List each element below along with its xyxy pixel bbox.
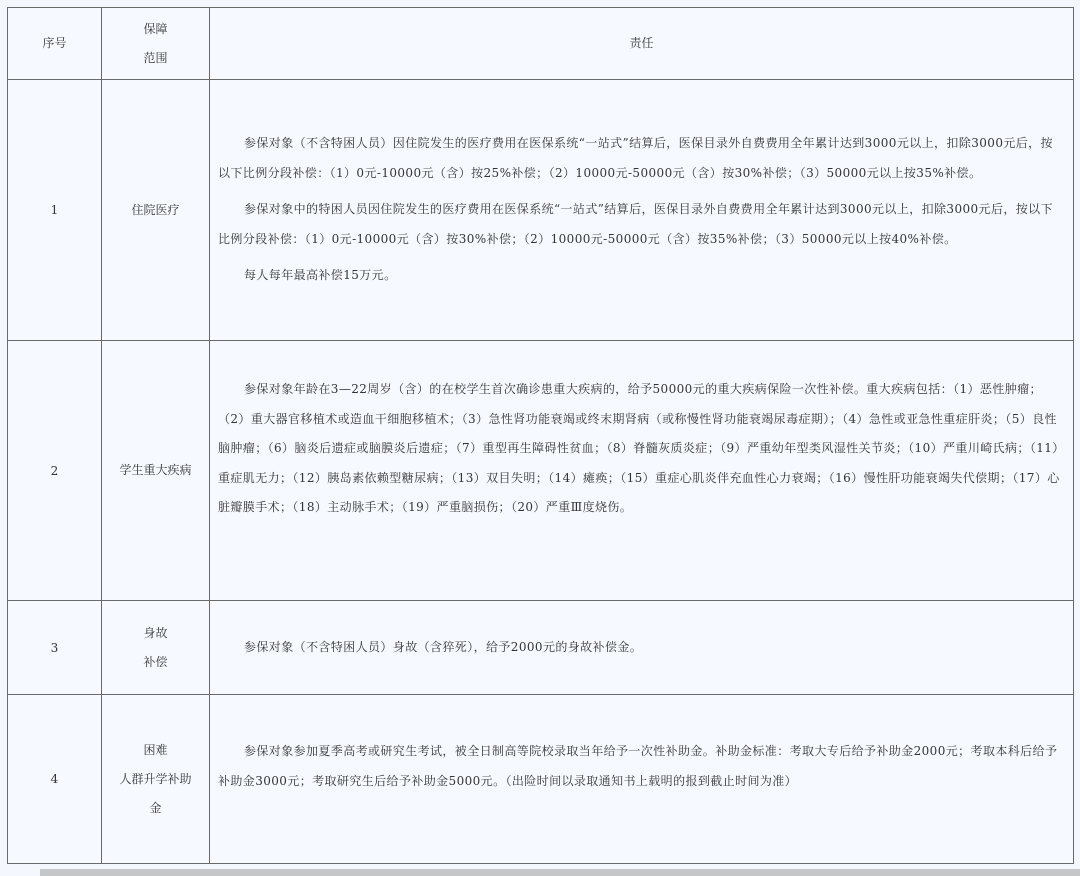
responsibility-paragraph: 参保对象（不含特困人员）因住院发生的医疗费用在医保系统“一站式”结算后，医保目录… — [218, 129, 1061, 188]
row-responsibility: 参保对象参加夏季高考或研究生考试，被全日制高等院校录取当年给予一次性补助金。补助… — [210, 695, 1074, 864]
header-scope-line2: 范围 — [102, 44, 209, 73]
row-index: 2 — [8, 341, 102, 601]
row-scope: 住院医疗 — [102, 80, 210, 341]
header-index: 序号 — [8, 8, 102, 80]
row-index: 4 — [8, 695, 102, 864]
table-row: 2 学生重大疾病 参保对象年龄在3—22周岁（含）的在校学生首次确诊患重大疾病的… — [8, 341, 1074, 601]
table-row: 3 身故 补偿 参保对象（不含特困人员）身故（含猝死），给予2000元的身故补偿… — [8, 601, 1074, 695]
row-index: 3 — [8, 601, 102, 695]
table-header-row: 序号 保障 范围 责任 — [8, 8, 1074, 80]
row-scope: 学生重大疾病 — [102, 341, 210, 601]
responsibility-paragraph: 参保对象（不含特困人员）身故（含猝死），给予2000元的身故补偿金。 — [218, 633, 1061, 663]
row-scope-line: 补偿 — [102, 648, 209, 677]
responsibility-paragraph: 参保对象年龄在3—22周岁（含）的在校学生首次确诊患重大疾病的，给予50000元… — [218, 375, 1061, 523]
row-scope-line: 人群升学补助 — [102, 765, 209, 794]
row-scope-line: 困难 — [102, 736, 209, 765]
row-responsibility: 参保对象（不含特困人员）因住院发生的医疗费用在医保系统“一站式”结算后，医保目录… — [210, 80, 1074, 341]
row-scope-line: 金 — [102, 794, 209, 823]
row-scope: 身故 补偿 — [102, 601, 210, 695]
header-scope: 保障 范围 — [102, 8, 210, 80]
row-index: 1 — [8, 80, 102, 341]
header-scope-line1: 保障 — [102, 15, 209, 44]
coverage-table: 序号 保障 范围 责任 1 住院医疗 参保对象（不含特困人员）因住院发生的医疗费… — [7, 7, 1074, 864]
row-responsibility: 参保对象年龄在3—22周岁（含）的在校学生首次确诊患重大疾病的，给予50000元… — [210, 341, 1074, 601]
bottom-shadow-bar — [40, 869, 1080, 876]
responsibility-paragraph: 参保对象中的特困人员因住院发生的医疗费用在医保系统“一站式”结算后，医保目录外自… — [218, 195, 1061, 254]
row-scope: 困难 人群升学补助 金 — [102, 695, 210, 864]
header-responsibility: 责任 — [210, 8, 1074, 80]
row-scope-line: 住院医疗 — [102, 196, 209, 225]
row-scope-line: 身故 — [102, 619, 209, 648]
responsibility-paragraph: 每人每年最高补偿15万元。 — [218, 261, 1061, 291]
row-scope-line: 学生重大疾病 — [102, 456, 209, 485]
table-row: 4 困难 人群升学补助 金 参保对象参加夏季高考或研究生考试，被全日制高等院校录… — [8, 695, 1074, 864]
responsibility-paragraph: 参保对象参加夏季高考或研究生考试，被全日制高等院校录取当年给予一次性补助金。补助… — [218, 737, 1061, 796]
row-responsibility: 参保对象（不含特困人员）身故（含猝死），给予2000元的身故补偿金。 — [210, 601, 1074, 695]
table-row: 1 住院医疗 参保对象（不含特困人员）因住院发生的医疗费用在医保系统“一站式”结… — [8, 80, 1074, 341]
